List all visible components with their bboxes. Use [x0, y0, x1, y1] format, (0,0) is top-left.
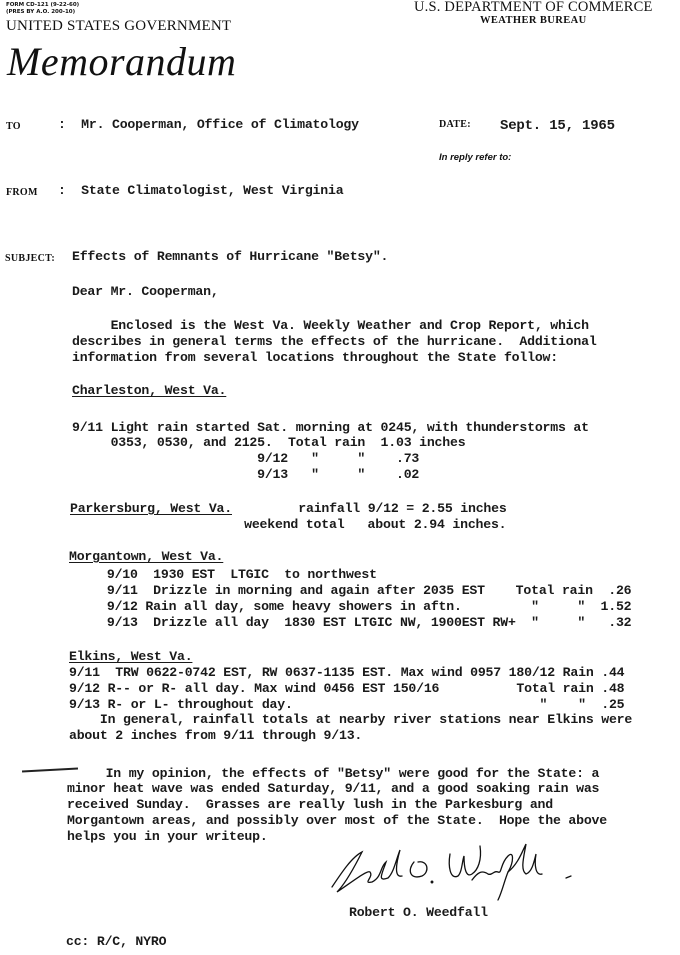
government-heading: UNITED STATES GOVERNMENT: [6, 18, 231, 35]
text-line: 9/12 Rain all day, some heavy showers in…: [76, 599, 631, 614]
text-line: 9/13 " " .02: [72, 467, 419, 482]
subject-value: Effects of Remnants of Hurricane "Betsy"…: [72, 249, 388, 264]
cc-line: cc: R/C, NYRO: [66, 934, 166, 949]
text-line: 9/13 Drizzle all day 1830 EST LTGIC NW, …: [76, 615, 631, 630]
text-line: helps you in your writeup.: [67, 829, 268, 844]
text-line: 0353, 0530, and 2125. Total rain 1.03 in…: [72, 435, 465, 450]
date-label: DATE:: [439, 119, 471, 130]
department-heading: U.S. DEPARTMENT OF COMMERCE: [414, 0, 653, 16]
signature-name: Robert O. Weedfall: [349, 905, 488, 920]
parkersburg-heading: Parkersburg, West Va.: [70, 501, 232, 516]
text-line: Enclosed is the West Va. Weekly Weather …: [72, 318, 589, 333]
text-line: 9/13 R- or L- throughout day. " " .25: [69, 697, 624, 712]
text-line: 9/11 TRW 0622-0742 EST, RW 0637-1135 EST…: [69, 665, 624, 680]
text-line: rainfall 9/12 = 2.55 inches: [252, 501, 507, 516]
subject-label: SUBJECT:: [5, 253, 55, 264]
handwritten-signature: [322, 842, 582, 902]
form-number: FORM CD-121 (9-22-60): [6, 2, 79, 8]
reply-refer-label: In reply refer to:: [439, 152, 511, 163]
text-line: minor heat wave was ended Saturday, 9/11…: [67, 781, 599, 796]
text-line: 9/11 Drizzle in morning and again after …: [76, 583, 631, 598]
text-line: 9/11 Light rain started Sat. morning at …: [72, 420, 589, 435]
text-line: In general, rainfall totals at nearby ri…: [69, 712, 632, 727]
text-line: 9/10 1930 EST LTGIC to northwest: [76, 567, 377, 582]
text-line: 9/12 R-- or R- all day. Max wind 0456 ES…: [69, 681, 624, 696]
from-value: : State Climatologist, West Virginia: [58, 183, 343, 198]
to-value: : Mr. Cooperman, Office of Climatology: [58, 117, 359, 132]
form-authority: (PRES BY A.O. 200-10): [6, 9, 75, 15]
salutation: Dear Mr. Cooperman,: [72, 284, 219, 299]
date-value: Sept. 15, 1965: [500, 118, 615, 134]
text-line: information from several locations throu…: [72, 350, 558, 365]
text-line: weekend total about 2.94 inches.: [59, 517, 506, 532]
elkins-heading: Elkins, West Va.: [69, 649, 192, 664]
text-line: received Sunday. Grasses are really lush…: [67, 797, 553, 812]
morgantown-heading: Morgantown, West Va.: [69, 549, 223, 564]
from-label: FROM: [6, 187, 38, 198]
text-line: In my opinion, the effects of "Betsy" we…: [67, 766, 599, 781]
memorandum-title: Memorandum: [7, 38, 236, 85]
text-line: Morgantown areas, and possibly over most…: [67, 813, 607, 828]
bureau-heading: WEATHER BUREAU: [480, 15, 587, 26]
to-label: TO: [6, 121, 21, 132]
text-line: 9/12 " " .73: [72, 451, 419, 466]
text-line: about 2 inches from 9/11 through 9/13.: [69, 728, 362, 743]
text-line: describes in general terms the effects o…: [72, 334, 597, 349]
charleston-heading: Charleston, West Va.: [72, 383, 226, 398]
